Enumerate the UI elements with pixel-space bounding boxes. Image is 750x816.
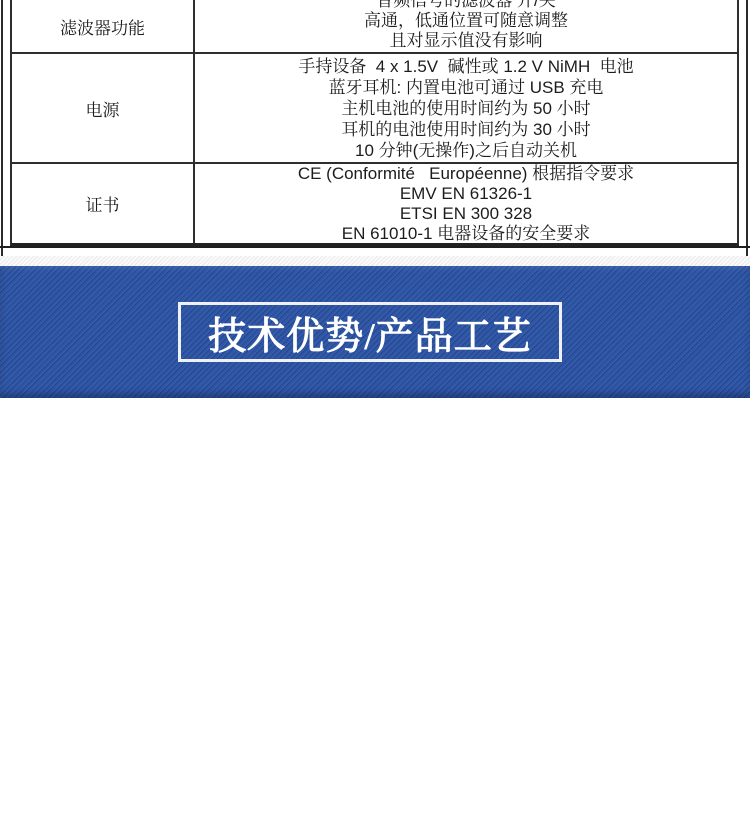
row-label: 滤波器功能 bbox=[60, 14, 145, 39]
spec-line: 高通，低通位置可随意调整 bbox=[364, 11, 568, 31]
spec-line: 蓝牙耳机: 内置电池可通过 USB 充电 bbox=[329, 77, 604, 98]
table-row-certificates: 证书 CE (Conformité Européenne) 根据指令要求 EMV… bbox=[12, 162, 737, 243]
spec-line: EN 61010-1 电器设备的安全要求 bbox=[342, 224, 590, 244]
spec-line: 耳机的电池使用时间约为 30 小时 bbox=[341, 119, 590, 140]
spec-lines: 音频信号的滤波器 开/关 高通，低通位置可随意调整 且对显示值没有影响 bbox=[364, 0, 568, 51]
row-label-cell: 滤波器功能 bbox=[12, 0, 195, 52]
spec-line: CE (Conformité Européenne) 根据指令要求 bbox=[298, 164, 634, 184]
spec-line: 且对显示值没有影响 bbox=[364, 31, 568, 51]
row-content-cell: CE (Conformité Européenne) 根据指令要求 EMV EN… bbox=[195, 164, 737, 243]
spec-line: 音频信号的滤波器 开/关 bbox=[364, 0, 568, 11]
spec-line: 主机电池的使用时间约为 50 小时 bbox=[341, 98, 590, 119]
spec-line: EMV EN 61326-1 bbox=[400, 184, 532, 204]
row-content-cell: 手持设备 4 x 1.5V 碱性或 1.2 V NiMH 电池 蓝牙耳机: 内置… bbox=[195, 54, 737, 162]
row-content-cell: 音频信号的滤波器 开/关 高通，低通位置可随意调整 且对显示值没有影响 bbox=[195, 0, 737, 52]
spec-table: 滤波器功能 音频信号的滤波器 开/关 高通，低通位置可随意调整 且对显示值没有影… bbox=[10, 0, 739, 246]
table-row-power: 电源 手持设备 4 x 1.5V 碱性或 1.2 V NiMH 电池 蓝牙耳机:… bbox=[12, 52, 737, 162]
row-label-cell: 证书 bbox=[12, 164, 195, 243]
section-banner: 技术优势/产品工艺 bbox=[0, 266, 750, 398]
spec-line: 10 分钟(无操作)之后自动关机 bbox=[355, 140, 577, 161]
banner-title-box: 技术优势/产品工艺 bbox=[178, 302, 562, 362]
row-label: 电源 bbox=[86, 96, 120, 121]
spec-line: 手持设备 4 x 1.5V 碱性或 1.2 V NiMH 电池 bbox=[298, 56, 633, 77]
section-title: 技术优势/产品工艺 bbox=[208, 305, 532, 360]
features-section bbox=[0, 398, 750, 816]
product-detail-page: 滤波器功能 音频信号的滤波器 开/关 高通，低通位置可随意调整 且对显示值没有影… bbox=[0, 0, 750, 816]
texture-strip bbox=[0, 256, 750, 266]
spec-line: ETSI EN 300 328 bbox=[400, 204, 532, 224]
section-divider-line bbox=[0, 246, 750, 248]
row-label-cell: 电源 bbox=[12, 54, 195, 162]
table-row-filter-function: 滤波器功能 音频信号的滤波器 开/关 高通，低通位置可随意调整 且对显示值没有影… bbox=[12, 0, 737, 52]
row-label: 证书 bbox=[86, 191, 120, 216]
